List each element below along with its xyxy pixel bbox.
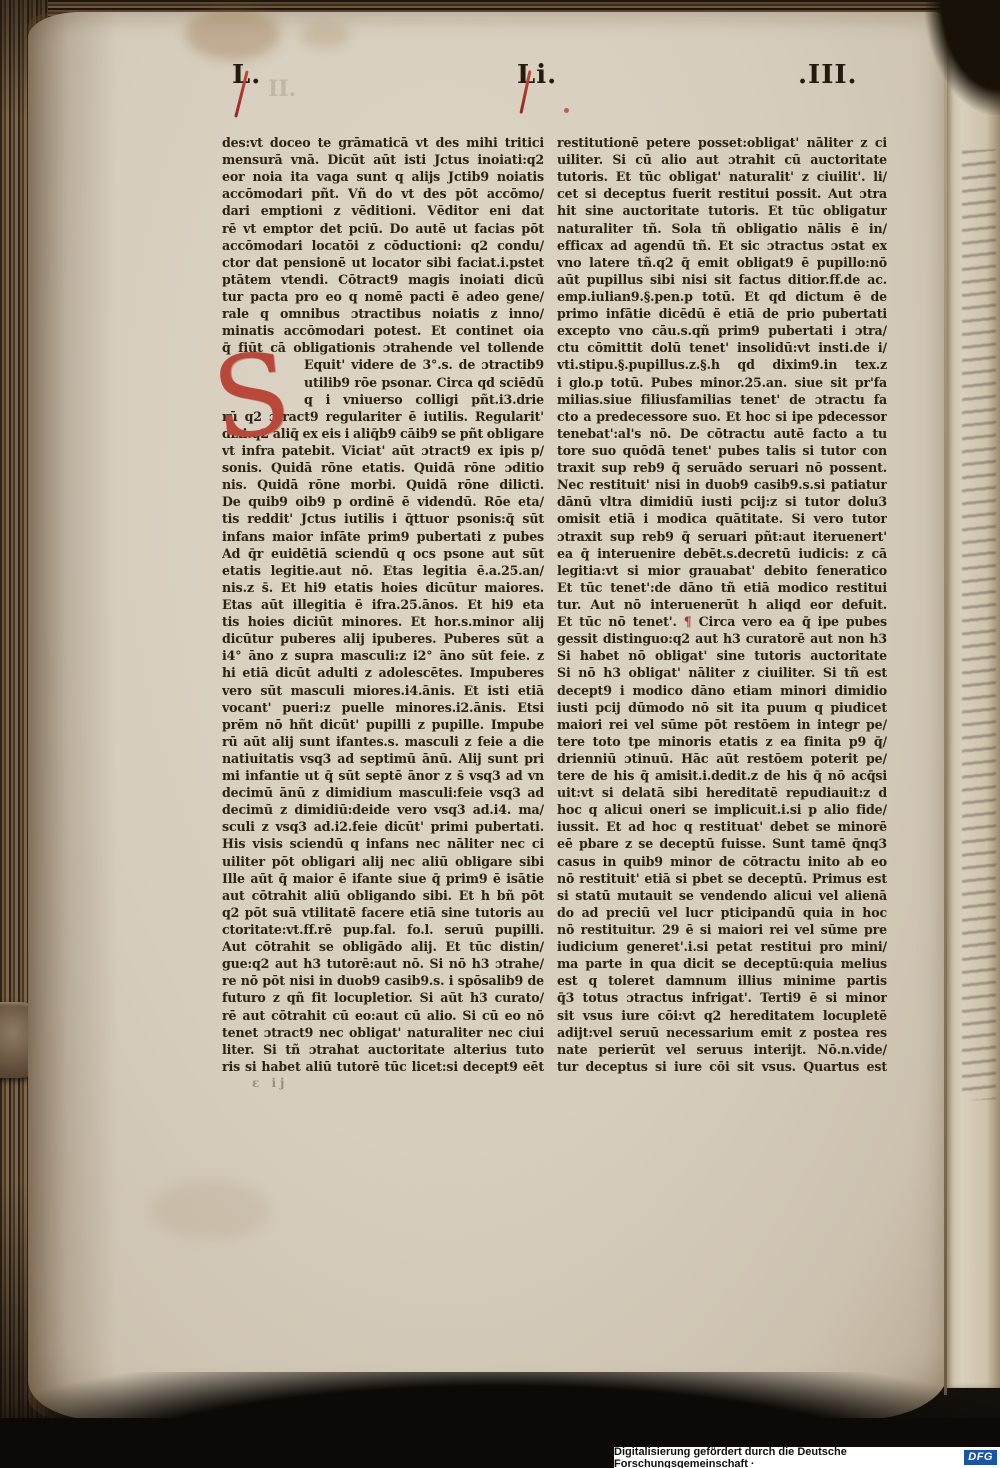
text-line: prēm nō hñt dicūt' pupilli z pupille. Im… xyxy=(222,716,544,733)
text-line: rē vt emptor det pciū. Do autē ut facias… xyxy=(222,220,544,237)
text-line: ea q̄ interuenire debēt.s.decretū iudici… xyxy=(557,545,887,562)
text-line: restitutionē petere posset:obligat' nāli… xyxy=(557,134,887,151)
text-line: re nō pōt nisi in duob9 casib9.s. i spōs… xyxy=(222,972,544,989)
text-line: hoc q alicui oneri se implicuit.i.si p a… xyxy=(557,801,887,818)
text-line: gessit distinguo:q2 aut h3 curatorē aut … xyxy=(557,630,887,647)
text-line: iussit. Et ad hoc q restituat' debet se … xyxy=(557,818,887,835)
text-line: cet si deceptus fuerit restitui possit. … xyxy=(557,185,887,202)
text-line: ɔtraxit sup reb9 q̄ seruari pñt:aut iter… xyxy=(557,528,887,545)
text-line: Si habet nō obligat' sine tutoris auctor… xyxy=(557,647,887,664)
text-line: tere toto tpe minoris etatis z ea finita… xyxy=(557,733,887,750)
text-line: Etas aūt illegitia ē ifra.25.ānos. Et hi… xyxy=(222,596,544,613)
text-line: liter. Si tñ ɔtrahat auctoritate alteriu… xyxy=(222,1041,544,1058)
text-line: uiliter pōt obligari alij nec aliū oblig… xyxy=(222,853,544,870)
text-line: De quib9 oib9 p ordinē ē videndū. Rōe et… xyxy=(222,493,544,510)
text-line: do ad preciū vel lucr pticipandū quia in… xyxy=(557,904,887,921)
text-line: excepto vno cāu.s.qñ prim9 pubertati i ɔ… xyxy=(557,322,887,339)
text-line: accōmodari pñt. Vñ do vt des pōt accōmo/ xyxy=(222,185,544,202)
quire-signature-mark: ε ij xyxy=(252,1076,288,1090)
text-line: accōmodari locatōi z cōductioni: q2 cond… xyxy=(222,237,544,254)
text-line: i4° āno z supra masculi:z i2° āno sūt fe… xyxy=(222,647,544,664)
text-line: eor noia ita vaga sunt q alijs Jctib9 no… xyxy=(222,168,544,185)
folio-number-left: L. xyxy=(232,60,261,104)
text-line: Et tūc tenet':de dāno tñ etiā modico res… xyxy=(557,579,887,596)
text-line: i glo.p totū. Pubes minor.25.an. siue si… xyxy=(557,374,887,391)
text-line: maiori rei vel sūme pōt restōem in integ… xyxy=(557,716,887,733)
text-line: iusti pcij dūmodo nō sit ita puum q piud… xyxy=(557,699,887,716)
text-line: ma parte in qua dicit se deceptū:quia me… xyxy=(557,955,887,972)
text-line: sit vsus iure cōi:vt q2 hereditatem locu… xyxy=(557,1007,887,1024)
text-line: vti.stipu.§.pupillus.z.§.h qd dixim9.in … xyxy=(557,356,887,373)
text-line: hi etiā dicūt adulti z adolescētes. Impu… xyxy=(222,664,544,681)
text-line: naturaliter tñ. Sola tñ obligatio nālis … xyxy=(557,220,887,237)
text-line: aūt pupillus sibi nisi sit factus ditior… xyxy=(557,271,887,288)
banner-credit-text: Digitalisierung gefördert durch die Deut… xyxy=(614,1446,959,1468)
text-line: tore suo quōdā tenet' pubes talis si tut… xyxy=(557,442,887,459)
text-line: tere de his q̄ amisit.i.dedit.z de his q… xyxy=(557,767,887,784)
text-line: q̄3 totus ɔtractus infrigat'. Terti9 ē s… xyxy=(557,989,887,1006)
text-line: drienniū ɔtinuū. Hāc aūt restōem poterit… xyxy=(557,750,887,767)
text-line: His visis sciendū q infans nec nāliter n… xyxy=(222,835,544,852)
dfg-logo: DFG xyxy=(964,1450,997,1465)
text-line: Nec restituit' nisi in duob9 casib9.s.si… xyxy=(557,476,887,493)
text-line: ptātem vtendi. Cōtract9 magis inoiati di… xyxy=(222,271,544,288)
text-line: milias.siue filiusfamilias tenet' de ɔtr… xyxy=(557,391,887,408)
text-line: Et tūc nō tenet'. ¶ Circa vero ea q̄ ipe… xyxy=(557,613,887,630)
text-line: si statū mutauit se vendendo alicui vel … xyxy=(557,887,887,904)
text-line: uit:vt si delatā sibi hereditatē repudia… xyxy=(557,784,887,801)
text-line: nō restituit' etiā si pbet se deceptū. P… xyxy=(557,870,887,887)
text-line: sculi z vsq3 ad.i2.feie dicūt' primi pub… xyxy=(222,818,544,835)
text-line: nis.z s̄. Et hi9 etatis hoies dicūtur ma… xyxy=(222,579,544,596)
text-line: decimū ānū z dimidium masculi:feie vsq3 … xyxy=(222,784,544,801)
text-line: Aut cōtrahit se obligādo alij. Et tūc di… xyxy=(222,938,544,955)
text-line: cto a predecessore suo. Et hoc si ipe pd… xyxy=(557,408,887,425)
text-line: rū aūt alij sunt ifantes.s. masculi z fe… xyxy=(222,733,544,750)
text-line: omisit etiā i modica quātitate. Si vero … xyxy=(557,510,887,527)
text-line: nō restituitur. 29 ē si maiori rei vel s… xyxy=(557,921,887,938)
text-line: nate perierūt vel seruus interijt. Nō.n.… xyxy=(557,1041,887,1058)
folio-ghost-bleedthrough: II. xyxy=(268,76,296,102)
text-line: tis reddit' Jctus iutilis i q̄ttuor pson… xyxy=(222,510,544,527)
text-line: emp.iulian9.§.pen.p totū. Et qd dictum ē… xyxy=(557,288,887,305)
folio-number-right: .III. xyxy=(798,60,858,104)
text-line: primo infātie dicēdū ē etiā de prio pube… xyxy=(557,305,887,322)
text-line: ris si habet aliū tutorē tūc licet:si de… xyxy=(222,1058,544,1075)
text-line: tutoris. Et tūc obligat' naturalit' z ci… xyxy=(557,168,887,185)
text-line: tur. Aut nō interuenerūt h aliqd eor def… xyxy=(557,596,887,613)
text-line: tur deceptus si iure cōi sit vsus. Quart… xyxy=(557,1058,887,1075)
text-line: uiliter. Si cū alio aut ɔtrahit cū aucto… xyxy=(557,151,887,168)
text-line: mi infantie ut q̄ sūt septē ānor z s̄ vs… xyxy=(222,767,544,784)
text-line: natiuitatis vsq3 ad septimū ānū. Alij su… xyxy=(222,750,544,767)
text-line: nis. Quidā rōne morbi. Quidā rōne dilict… xyxy=(222,476,544,493)
text-line: Ille aūt q̄ maior ē ifante siue q̄ prim9… xyxy=(222,870,544,887)
text-line: q2 pōt suā vtilitatē facere etiā sine tu… xyxy=(222,904,544,921)
text-line: des:vt doceo te grāmaticā vt des mihi tr… xyxy=(222,134,544,151)
paper-stain xyxy=(150,1180,270,1240)
text-line: rē aut cōtrahit cū eo:aut cū alio. Si cū… xyxy=(222,1007,544,1024)
text-column-left: des:vt doceo te grāmaticā vt des mihi tr… xyxy=(222,134,544,1075)
text-line: vno latere tñ.q2 q̄ emit obligat9 ē pupi… xyxy=(557,254,887,271)
text-line: q i vniuerso colligi pñt.i3.drie psona xyxy=(304,391,544,408)
text-line: Ad q̄r euidētiā sciendū q ocs psone aut … xyxy=(222,545,544,562)
text-line: gue:q2 aut h3 tutorē:aut nō. Si nō h3 ɔt… xyxy=(222,955,544,972)
gutter-shadow xyxy=(28,12,118,1420)
text-line: Si nō h3 obligat' nāliter z ciuiliter. S… xyxy=(557,664,887,681)
text-line: efficax ad agendū tñ. Et sic ɔtractus ɔs… xyxy=(557,237,887,254)
text-line: futuro z qñ fit locupletior. Si aūt h3 c… xyxy=(222,989,544,1006)
text-line: iudicium generet'.i.si petat restitui pr… xyxy=(557,938,887,955)
page-crease xyxy=(944,0,947,1395)
paper-stain xyxy=(185,8,280,60)
text-line: aut cōtrahit aliū obligando sibi. Et h b… xyxy=(222,887,544,904)
text-line: adijt:vel seruū necessarium emit z poste… xyxy=(557,1024,887,1041)
shadow-top-right xyxy=(925,0,1000,115)
scanned-book-photo: L. II. Li. .III. des:vt doceo te grāmati… xyxy=(0,0,1000,1468)
text-line: utilib9 rōe psonar. Circa qd sciēdū xyxy=(304,374,544,391)
text-line: ctu cōmittit dolū tenet' insolidū:vt ins… xyxy=(557,339,887,356)
text-line: vocant' pueri:z puelle minores.i2.ānis. … xyxy=(222,699,544,716)
text-line: decimū z dimidiū:deide vero vsq3 ad.i4. … xyxy=(222,801,544,818)
text-line: tenebat':al's nō. De cōtractu autē facto… xyxy=(557,425,887,442)
text-line: hit sine auctoritate tutoris. Et tūc obl… xyxy=(557,202,887,219)
digitization-banner: Digitalisierung gefördert durch die Deut… xyxy=(614,1447,1000,1468)
text-line: tis hoies diciūt minores. Et hor.s.minor… xyxy=(222,613,544,630)
text-line: tenet ɔtract9 nec obligat' naturaliter n… xyxy=(222,1024,544,1041)
text-line: mensurā vnā. Dicūt aūt isti Jctus inoiat… xyxy=(222,151,544,168)
text-line: dicūtur puberes alij ipuberes. Puberes s… xyxy=(222,630,544,647)
text-line: tur pacta pro eo q nomē pacti ē adeo gen… xyxy=(222,288,544,305)
text-line: Equit' videre de 3°.s. de ɔtractib9 in/ xyxy=(304,356,544,373)
text-line: rale q omnibus ɔtractibus noiatis z inno… xyxy=(222,305,544,322)
text-line: dānū vltra dimidiū iusti pcij:z si tutor… xyxy=(557,493,887,510)
text-line: casus in quib9 minor de cōtractu inito a… xyxy=(557,853,887,870)
text-column-right: restitutionē petere posset:obligat' nāli… xyxy=(557,134,887,1075)
pilcrow-mark: ¶ xyxy=(684,614,692,629)
text-line: decept9 i modico dāno etiam minori dimid… xyxy=(557,682,887,699)
text-line: est q toleret damnum illius minime parti… xyxy=(557,972,887,989)
text-line: infans maior infāte prim9 pubertati z pu… xyxy=(222,528,544,545)
text-line: vero sūt masculi miores.i4.ānis. Et isti… xyxy=(222,682,544,699)
text-line: legitia:vt si mior grauabat' debito fene… xyxy=(557,562,887,579)
text-line: dari emptioni z vēditioni. Vēditor eni d… xyxy=(222,202,544,219)
paper-stain xyxy=(300,22,350,48)
text-line: etatis legitie.aut nō. Etas legitia ē.a.… xyxy=(222,562,544,579)
text-line: ctoritate:vt.ff.rē pup.fal. fo.l. seruū … xyxy=(222,921,544,938)
text-line: traxit sup reb9 q̄ seruādo seruari nō po… xyxy=(557,459,887,476)
text-line: eē pbare z se deceptū fuisse. Sunt tamē … xyxy=(557,835,887,852)
rubric-dot xyxy=(564,108,569,113)
text-line: ctor dat pensionē ut locator sibi faciat… xyxy=(222,254,544,271)
next-page-ghost-text xyxy=(962,149,996,1101)
rubricated-initial: S xyxy=(208,339,316,468)
